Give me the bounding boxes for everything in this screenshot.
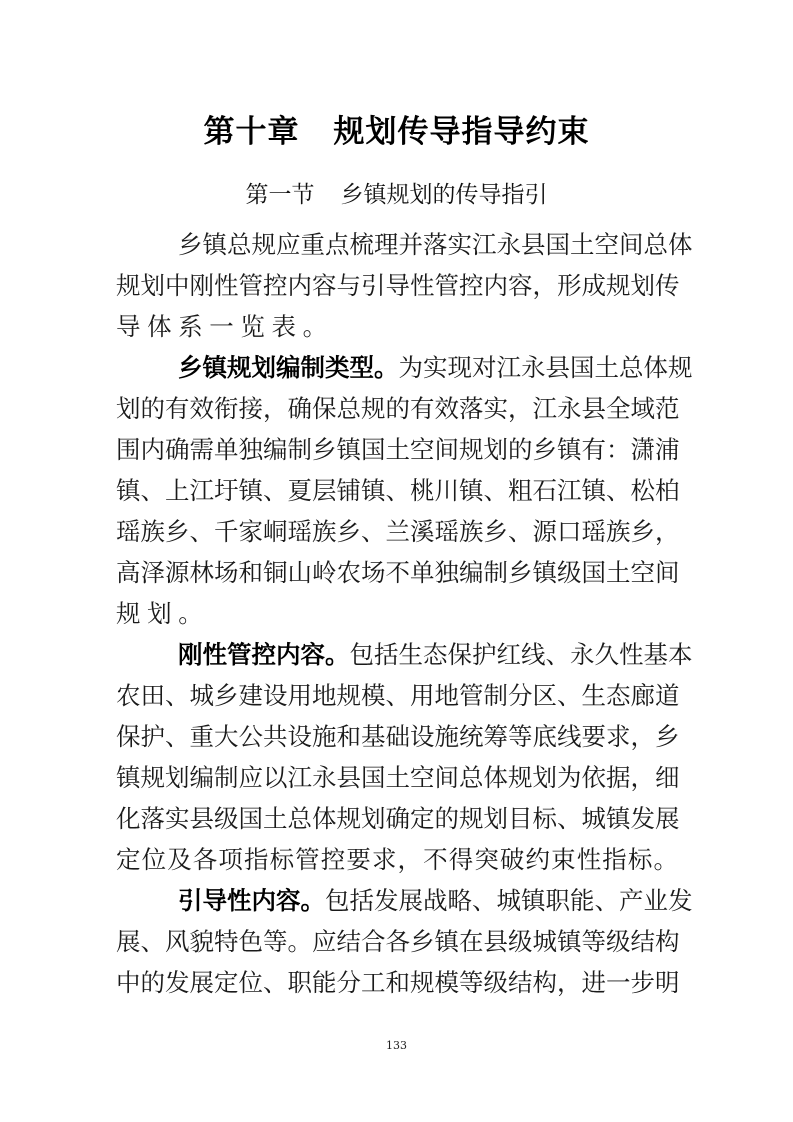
- paragraph-1-line-2: 规划中刚性管控内容与引导性管控内容，形成规划传: [116, 270, 678, 302]
- section-title: 第一节乡镇规划的传导指引: [0, 176, 793, 209]
- paragraph-1-line-1: 乡镇总规应重点梳理并落实江永县国土空间总体: [178, 229, 678, 261]
- paragraph-2-line-2: 划的有效衔接，确保总规的有效落实，江永县全域范: [116, 393, 678, 425]
- section-label: 第一节: [246, 182, 315, 208]
- paragraph-3-line-1: 刚性管控内容。包括生态保护红线、永久性基本: [178, 639, 678, 671]
- paragraph-2-line-7: 规划。: [116, 598, 678, 630]
- document-page: 第十章规划传导指导约束 第一节乡镇规划的传导指引 乡镇总规应重点梳理并落实江永县…: [0, 0, 793, 1122]
- section-text: 乡镇规划的传导指引: [341, 182, 548, 208]
- paragraph-3-line-4: 镇规划编制应以江永县国土空间总体规划为依据，细: [116, 762, 678, 794]
- paragraph-1-line-3: 导体系一览表。: [116, 311, 678, 343]
- paragraph-2-line-4: 镇、上江圩镇、夏层铺镇、桃川镇、粗石江镇、松柏: [116, 475, 678, 507]
- paragraph-3-line-2: 农田、城乡建设用地规模、用地管制分区、生态廊道: [116, 680, 678, 712]
- chapter-label: 第十章: [204, 114, 300, 150]
- paragraph-4-lead: 引导性内容。: [178, 886, 325, 915]
- paragraph-2-line-6: 高泽源林场和铜山岭农场不单独编制乡镇级国土空间: [116, 557, 678, 589]
- paragraph-4-line-3: 中的发展定位、职能分工和规模等级结构，进一步明: [116, 967, 678, 999]
- paragraph-3-line-5: 化落实县级国土总体规划确定的规划目标、城镇发展: [116, 803, 678, 835]
- paragraph-3-lead: 刚性管控内容。: [178, 640, 350, 669]
- paragraph-4-line-1: 引导性内容。包括发展战略、城镇职能、产业发: [178, 885, 678, 917]
- paragraph-2-line-5: 瑶族乡、千家峒瑶族乡、兰溪瑶族乡、源口瑶族乡，: [116, 516, 678, 548]
- chapter-title: 第十章规划传导指导约束: [0, 106, 793, 151]
- paragraph-3-line-3: 保护、重大公共设施和基础设施统筹等底线要求，乡: [116, 721, 678, 753]
- page-number: 133: [0, 1039, 793, 1052]
- paragraph-4-line-2: 展、风貌特色等。应结合各乡镇在县级城镇等级结构: [116, 926, 678, 958]
- paragraph-3-line-6: 定位及各项指标管控要求，不得突破约束性指标。: [116, 844, 678, 876]
- paragraph-2-lead: 乡镇规划编制类型。: [178, 353, 399, 382]
- paragraph-2-line-1-text: 为实现对江永县国土总体规: [399, 353, 693, 382]
- paragraph-2-line-3: 围内确需单独编制乡镇国土空间规划的乡镇有：潇浦: [116, 434, 678, 466]
- paragraph-4-line-1-text: 包括发展战略、城镇职能、产业发: [325, 886, 693, 915]
- paragraph-2-line-1: 乡镇规划编制类型。为实现对江永县国土总体规: [178, 352, 678, 384]
- paragraph-3-line-1-text: 包括生态保护红线、永久性基本: [350, 640, 693, 669]
- chapter-text: 规划传导指导约束: [334, 114, 590, 150]
